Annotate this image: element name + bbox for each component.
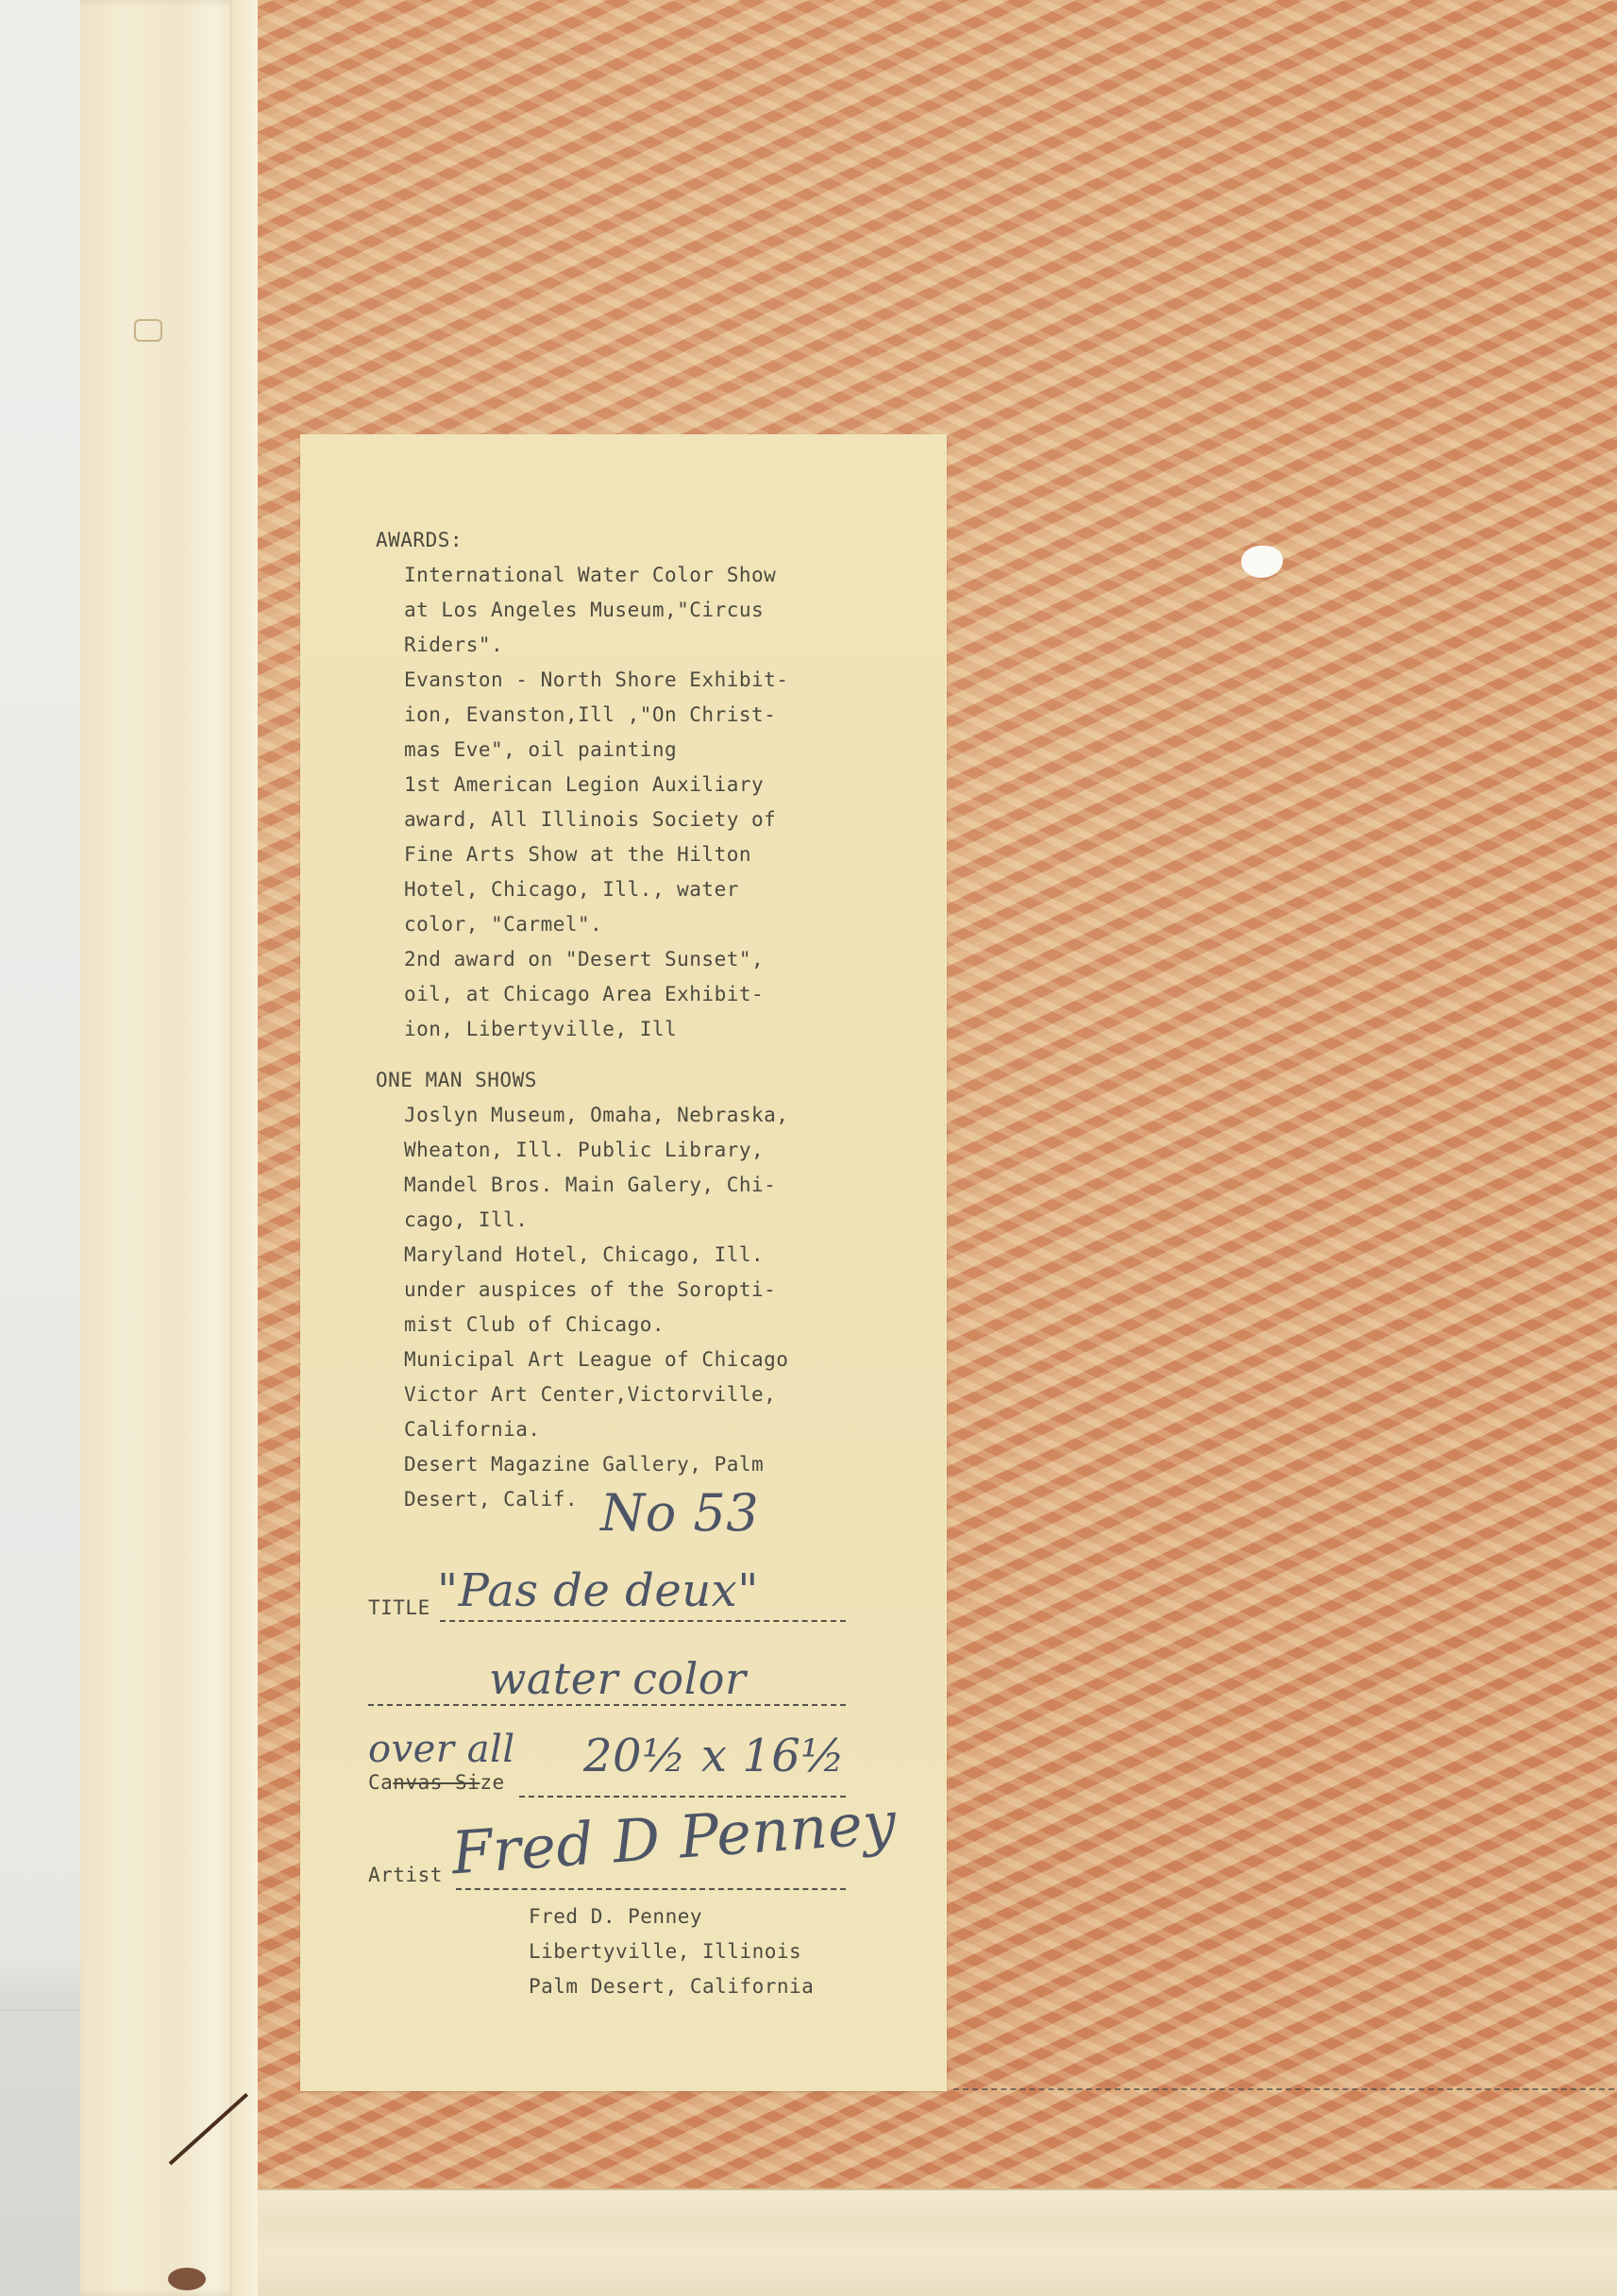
frame-wood-stain (168, 2268, 206, 2290)
show-line: under auspices of the Soropti- (376, 1273, 788, 1308)
wall-background (0, 0, 85, 2296)
show-line: Mandel Bros. Main Galery, Chi- (376, 1168, 788, 1203)
show-line: cago, Ill. (376, 1203, 788, 1238)
award-line: Riders". (376, 628, 788, 663)
award-line: 1st American Legion Auxiliary (376, 768, 788, 802)
awards-section: AWARDS: International Water Color Show a… (376, 523, 788, 1047)
award-line: oil, at Chicago Area Exhibit- (376, 977, 788, 1012)
show-line: Victor Art Center,Victorville, (376, 1377, 788, 1412)
frame-left-stile (80, 0, 258, 2296)
size-field: Canvas Size (368, 1765, 505, 1800)
award-line: International Water Color Show (376, 558, 788, 593)
size-label-struck: nvas Si (393, 1771, 480, 1794)
award-line: at Los Angeles Museum,"Circus (376, 593, 788, 628)
show-line: Wheaton, Ill. Public Library, (376, 1133, 788, 1168)
award-line: mas Eve", oil painting (376, 733, 788, 768)
award-line: Fine Arts Show at the Hilton (376, 837, 788, 872)
floor-line (0, 2009, 85, 2011)
size-label-suffix: ze (480, 1771, 504, 1794)
size-value: 20½ x 16½ (583, 1739, 845, 1774)
catalog-number: No 53 (600, 1495, 759, 1530)
artist-address: Fred D. Penney Libertyville, Illinois Pa… (529, 1899, 814, 2004)
show-line: Desert Magazine Gallery, Palm (376, 1447, 788, 1482)
title-value: "Pas de deux" (437, 1574, 759, 1609)
show-line: California. (376, 1412, 788, 1447)
frame-inner-lip (230, 0, 258, 2296)
address-line: Palm Desert, California (529, 1969, 814, 2004)
title-label: TITLE (368, 1596, 430, 1619)
award-line: ion, Libertyville, Ill (376, 1012, 788, 1047)
title-underline (440, 1620, 846, 1622)
awards-heading: AWARDS: (376, 523, 788, 558)
title-field: TITLE (368, 1591, 430, 1626)
artist-signature: Fred D Penney (450, 1805, 897, 1871)
show-line: Maryland Hotel, Chicago, Ill. (376, 1238, 788, 1273)
one-man-shows-heading: ONE MAN SHOWS (376, 1063, 788, 1098)
medium-value: water color (489, 1662, 746, 1697)
frame-bottom-rail (258, 2188, 1617, 2296)
artist-field: Artist (368, 1858, 443, 1893)
paper-tear-line (953, 2088, 1614, 2094)
award-line: 2nd award on "Desert Sunset", (376, 942, 788, 977)
address-line: Libertyville, Illinois (529, 1934, 814, 1969)
award-line: color, "Carmel". (376, 907, 788, 942)
award-line: Hotel, Chicago, Ill., water (376, 872, 788, 907)
show-line: Joslyn Museum, Omaha, Nebraska, (376, 1098, 788, 1133)
award-line: award, All Illinois Society of (376, 802, 788, 837)
artist-underline (456, 1888, 846, 1890)
address-line: Fred D. Penney (529, 1899, 814, 1934)
artist-label: AWARDS: International Water Color Show a… (300, 434, 947, 2091)
artist-label: Artist (368, 1864, 443, 1886)
frame-staple-mark (134, 319, 162, 342)
size-note: over all (368, 1732, 515, 1767)
show-line: mist Club of Chicago. (376, 1308, 788, 1342)
size-label-prefix: Ca (368, 1771, 393, 1794)
award-line: ion, Evanston,Ill ,"On Christ- (376, 698, 788, 733)
award-line: Evanston - North Shore Exhibit- (376, 663, 788, 698)
one-man-shows-section: ONE MAN SHOWS Joslyn Museum, Omaha, Nebr… (376, 1063, 788, 1517)
medium-underline (368, 1704, 846, 1706)
show-line: Municipal Art League of Chicago (376, 1342, 788, 1377)
